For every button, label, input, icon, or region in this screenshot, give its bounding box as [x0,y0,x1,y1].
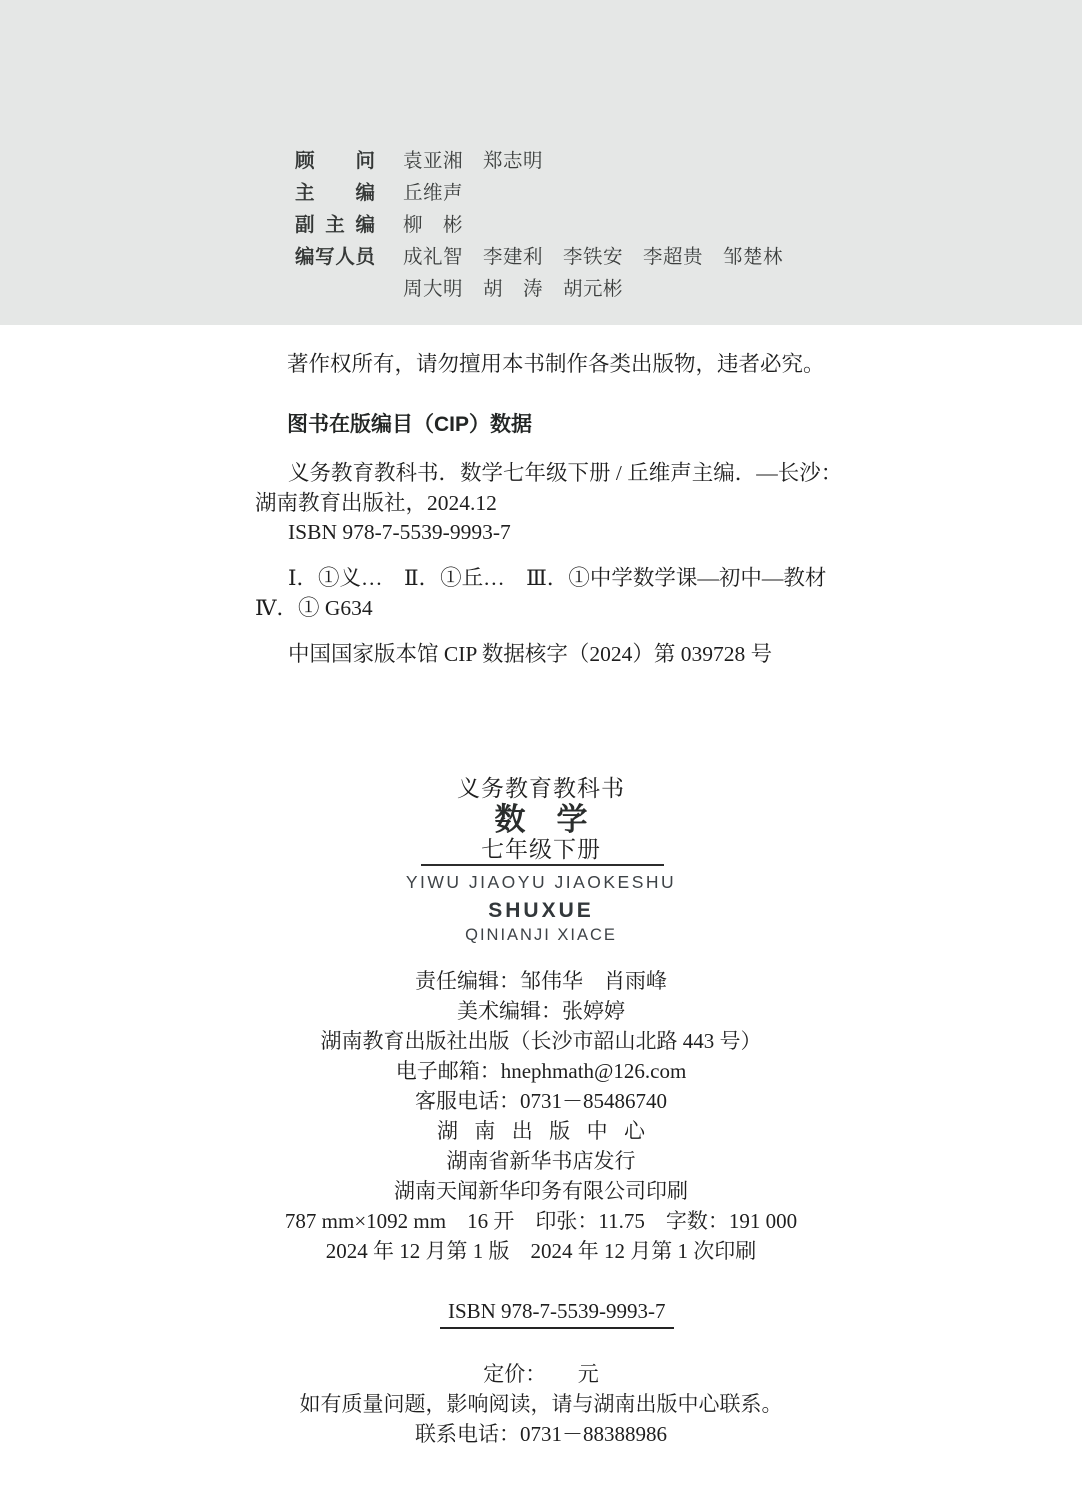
cip-class-line-2: Ⅳ．① G634 [255,594,826,624]
credit-role-label: 编写人员 [295,241,375,273]
editorial-credits-band: 顾问 袁亚湘 郑志明 主编 丘维声 副主编 柳 彬 编写人员 成礼智 李建利 李… [0,0,1082,325]
title-divider-rule [421,864,664,866]
credit-role-label: 主编 [295,177,375,209]
credit-names: 柳 彬 [403,209,463,241]
credit-role-label [295,273,375,305]
cip-record-line-2: 湖南教育出版社，2024.12 [255,489,842,519]
credit-names: 袁亚湘 郑志明 [403,145,543,177]
pub-contact-phone: 联系电话：0731－88388986 [0,1419,1082,1449]
pub-line-art-editor: 美术编辑：张婷婷 [0,996,1082,1026]
pub-line-distributor: 湖南省新华书店发行 [0,1146,1082,1176]
pub-line-format-specs: 787 mm×1092 mm 16 开 印张：11.75 字数：191 000 [0,1206,1082,1236]
copyright-notice: 著作权所有，请勿擅用本书制作各类出版物，违者必究。 [287,350,825,380]
pub-line-publisher-address: 湖南教育出版社出版（长沙市韶山北路 443 号） [0,1026,1082,1056]
pub-line-responsible-editor: 责任编辑：邹伟华 肖雨峰 [0,966,1082,996]
pub-quality-note: 如有质量问题，影响阅读，请与湖南出版中心联系。 [0,1389,1082,1419]
credit-role-label: 副主编 [295,209,375,241]
cip-classification-block: Ⅰ．①义… Ⅱ．①丘… Ⅲ．①中学数学课—初中—教材 Ⅳ．① G634 [255,564,826,623]
credit-names: 周大明 胡 涛 胡元彬 [403,273,623,305]
book-subtitle: 七年级下册 [0,831,1082,864]
pinyin-subtitle: QINIANJI XIACE [0,926,1082,945]
credit-row-writers-continued: 周大明 胡 涛 胡元彬 [295,273,783,305]
credit-names: 丘维声 [403,177,463,209]
cip-record-line-1: 义务教育教科书．数学七年级下册 / 丘维声主编．—长沙： [288,459,842,489]
colophon-page: 顾问 袁亚湘 郑志明 主编 丘维声 副主编 柳 彬 编写人员 成礼智 李建利 李… [0,0,1082,1508]
editorial-credits-list: 顾问 袁亚湘 郑志明 主编 丘维声 副主编 柳 彬 编写人员 成礼智 李建利 李… [295,145,783,305]
cip-heading: 图书在版编目（CIP）数据 [287,408,532,438]
pub-line-service-phone: 客服电话：0731－85486740 [0,1086,1082,1116]
pub-isbn-underlined: ISBN 978-7-5539-9993-7 [440,1298,674,1329]
credit-row-chief-editor: 主编 丘维声 [295,177,783,209]
pub-line-printer: 湖南天闻新华印务有限公司印刷 [0,1176,1082,1206]
pinyin-series-name: YIWU JIAOYU JIAOKESHU [0,872,1082,893]
credit-row-deputy-editor: 副主编 柳 彬 [295,209,783,241]
credit-row-writers: 编写人员 成礼智 李建利 李铁安 李超贵 邹楚林 [295,241,783,273]
credit-role-label: 顾问 [295,145,375,177]
cip-isbn: ISBN 978-7-5539-9993-7 [288,518,842,548]
publication-details: 责任编辑：邹伟华 肖雨峰 美术编辑：张婷婷 湖南教育出版社出版（长沙市韶山北路 … [0,966,1082,1449]
pinyin-title: SHUXUE [0,899,1082,923]
pub-line-email: 电子邮箱：hnephmath@126.com [0,1056,1082,1086]
pub-line-edition-printing: 2024 年 12 月第 1 版 2024 年 12 月第 1 次印刷 [0,1236,1082,1266]
credit-row-advisor: 顾问 袁亚湘 郑志明 [295,145,783,177]
cip-record-block: 义务教育教科书．数学七年级下册 / 丘维声主编．—长沙： 湖南教育出版社，202… [255,459,842,548]
cip-class-line-1: Ⅰ．①义… Ⅱ．①丘… Ⅲ．①中学数学课—初中—教材 [288,564,826,594]
pub-line-publishing-center: 湖南出版中心 [0,1116,1082,1146]
cip-registry-number: 中国国家版本馆 CIP 数据核字（2024）第 039728 号 [288,640,772,670]
pub-price-line: 定价： 元 [0,1359,1082,1389]
pub-isbn-line: ISBN 978-7-5539-9993-7 [0,1266,1082,1359]
credit-names: 成礼智 李建利 李铁安 李超贵 邹楚林 [403,241,783,273]
